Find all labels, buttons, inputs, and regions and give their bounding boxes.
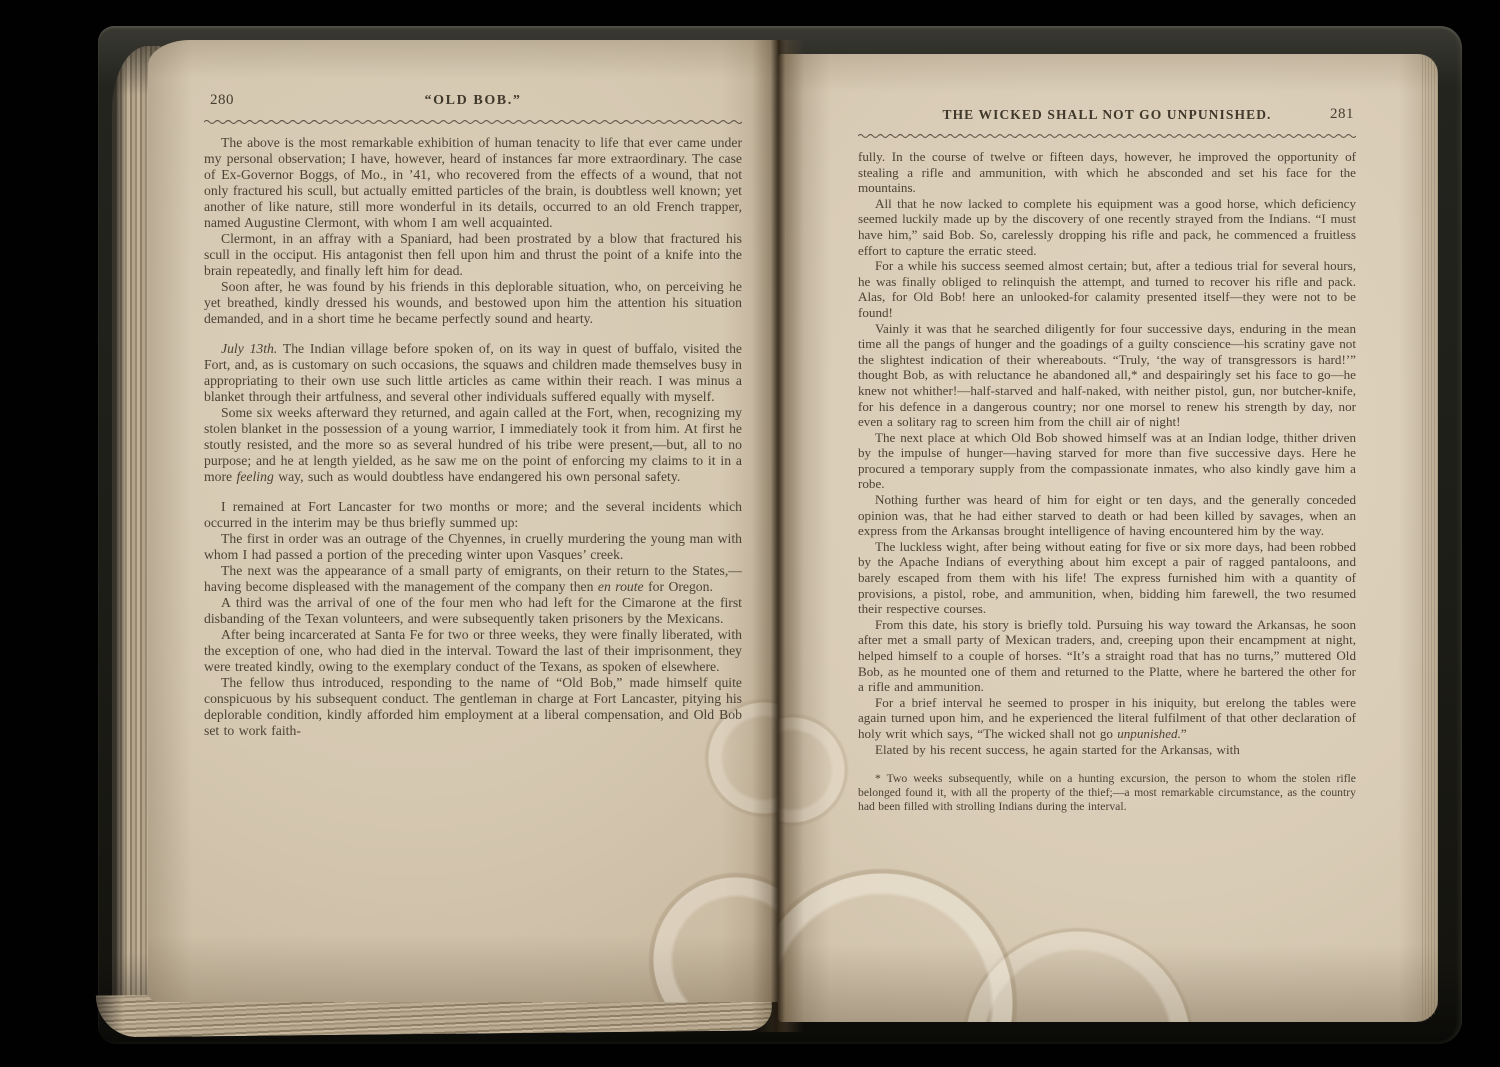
paragraph: July 13th. The Indian village before spo… <box>204 341 742 405</box>
paragraph: For a brief interval he seemed to prospe… <box>858 695 1356 742</box>
right-page-text: fully. In the course of twelve or fiftee… <box>858 149 1356 757</box>
paragraph: I remained at Fort Lancaster for two mon… <box>204 499 742 531</box>
paragraph: Clermont, in an affray with a Spaniard, … <box>204 231 742 279</box>
page-number-left: 280 <box>210 92 234 109</box>
paragraph: fully. In the course of twelve or fiftee… <box>858 149 1356 196</box>
paragraph: The next place at which Old Bob showed h… <box>858 430 1356 492</box>
paragraph: Nothing further was heard of him for eig… <box>858 492 1356 539</box>
page-number-right: 281 <box>1330 106 1354 123</box>
gutter-shadow <box>752 40 804 1032</box>
left-page-text: The above is the most remarkable exhibit… <box>204 135 742 739</box>
paragraph: Vainly it was that he searched diligentl… <box>858 321 1356 430</box>
left-page: 280 “OLD BOB.” The above is the most rem… <box>148 40 778 1002</box>
photo-background: 280 “OLD BOB.” The above is the most rem… <box>0 0 1500 1067</box>
paragraph: The above is the most remarkable exhibit… <box>204 135 742 231</box>
running-head-right: THE WICKED SHALL NOT GO UNPUNISHED. <box>942 107 1271 123</box>
paragraph: A third was the arrival of one of the fo… <box>204 595 742 627</box>
paragraph: After being incarcerated at Santa Fe for… <box>204 627 742 675</box>
paragraph: Soon after, he was found by his friends … <box>204 279 742 327</box>
paragraph: The first in order was an outrage of the… <box>204 531 742 563</box>
paragraph: For a while his success seemed almost ce… <box>858 258 1356 320</box>
paragraph: The next was the appearance of a small p… <box>204 563 742 595</box>
book: 280 “OLD BOB.” The above is the most rem… <box>0 0 1500 1067</box>
paragraph: The luckless wight, after being without … <box>858 539 1356 617</box>
paragraph: The fellow thus introduced, responding t… <box>204 675 742 739</box>
left-page-header: 280 “OLD BOB.” <box>204 90 742 114</box>
paragraph: * Two weeks subsequently, while on a hun… <box>858 772 1356 814</box>
running-head-left: “OLD BOB.” <box>425 93 522 109</box>
header-rule-left <box>204 118 742 126</box>
footnote: * Two weeks subsequently, while on a hun… <box>858 772 1356 814</box>
paragraph: All that he now lacked to complete his e… <box>858 196 1356 258</box>
paragraph: Some six weeks afterward they returned, … <box>204 405 742 485</box>
header-rule-right <box>858 132 1356 140</box>
paragraph: Elated by his recent success, he again s… <box>858 742 1356 758</box>
right-page-header: THE WICKED SHALL NOT GO UNPUNISHED. 281 <box>858 104 1356 128</box>
paragraph: From this date, his story is briefly tol… <box>858 617 1356 695</box>
right-page: THE WICKED SHALL NOT GO UNPUNISHED. 281 … <box>778 54 1438 1022</box>
